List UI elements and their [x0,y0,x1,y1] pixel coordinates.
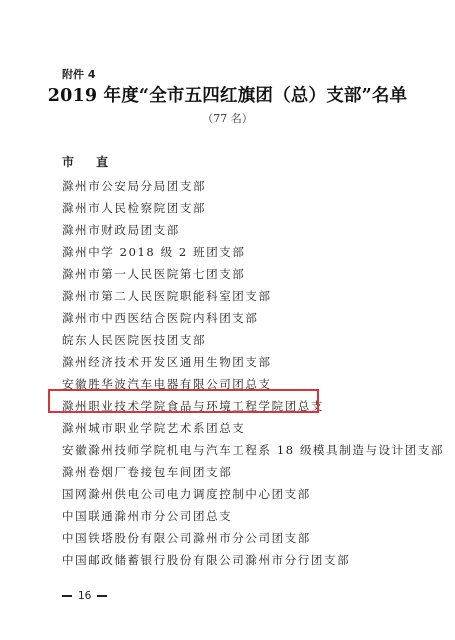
dash-right-icon [97,595,107,597]
page-number: 16 [62,590,107,602]
list-item: 滁州卷烟厂卷接包车间团支部 [62,461,444,483]
list-item: 滁州市公安局分局团支部 [62,175,444,197]
list-item: 滁州市第二人民医院职能科室团支部 [62,285,444,307]
list-item: 滁州经济技术开发区通用生物团支部 [62,351,444,373]
list-item: 中国联通滁州市分公司团总支 [62,505,444,527]
section-heading: 市 直 [62,153,117,170]
page-number-text: 16 [78,590,91,602]
list-item: 中国邮政储蓄银行股份有限公司滁州市分行团支部 [62,549,444,571]
list-item: 滁州市中西医结合医院内科团支部 [62,307,444,329]
organization-list: 滁州市公安局分局团支部 滁州市人民检察院团支部 滁州市财政局团支部 滁州中学 2… [62,175,444,571]
list-item: 滁州中学 2018 级 2 班团支部 [62,241,444,263]
list-item: 国网滁州供电公司电力调度控制中心团支部 [62,483,444,505]
attachment-label: 附件 4 [62,66,95,82]
dash-left-icon [62,595,72,597]
list-item: 中国铁塔股份有限公司滁州市分公司团支部 [62,527,444,549]
list-item: 滁州市财政局团支部 [62,219,444,241]
list-item: 滁州市人民检察院团支部 [62,197,444,219]
list-item: 滁州城市职业学院艺术系团总支 [62,417,444,439]
list-item: 皖东人民医院医技团支部 [62,329,444,351]
entry-count: （77 名） [0,110,455,126]
list-item: 滁州市第一人民医院第七团支部 [62,263,444,285]
document-title: 2019 年度“全市五四红旗团（总）支部”名单 [0,82,455,107]
highlight-box [48,389,319,413]
list-item: 安徽滁州技师学院机电与汽车工程系 18 级模具制造与设计团支部 [62,439,444,461]
